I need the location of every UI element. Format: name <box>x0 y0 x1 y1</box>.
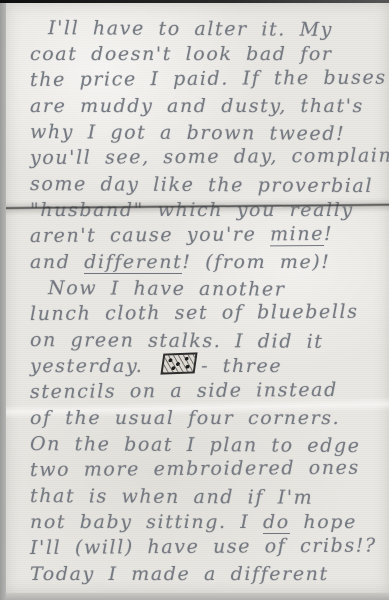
letter-line: yesterday. - three <box>30 353 385 379</box>
letter-text: are muddy and dusty, that's <box>30 95 364 117</box>
letter-text: On the boat I plan to edge <box>30 433 361 457</box>
letter-text: I'll (will) have use of cribs!? <box>30 535 377 559</box>
letter-line: the price I paid. If the buses <box>30 65 385 93</box>
letter-line: are muddy and dusty, that's <box>30 93 385 119</box>
letter-line: stencils on a side instead <box>30 377 385 405</box>
letter-line: some day like the proverbial <box>30 171 385 199</box>
letter-text: why I got a brown tweed! <box>30 121 345 145</box>
letter-text: I'll have to alter it. My <box>48 17 333 41</box>
letter-body: I'll have to alter it. Mycoat doesn't lo… <box>6 3 389 587</box>
letter-text: Today I made a different <box>30 563 329 585</box>
letter-text: and <box>30 251 84 273</box>
scanned-letter-page: I'll have to alter it. Mycoat doesn't lo… <box>0 0 389 600</box>
letter-line: that is when and if I'm <box>30 483 385 511</box>
letter-text: lunch cloth set of bluebells <box>30 301 359 325</box>
letter-text: - three <box>201 355 282 377</box>
letter-line: "husband" which you really <box>30 197 385 223</box>
letter-line: I'll have to alter it. My <box>30 15 385 43</box>
letter-text: some day like the proverbial <box>30 173 373 197</box>
letter-line: aren't cause you're mine! <box>30 221 385 249</box>
letter-text: ! (from me)! <box>182 251 330 273</box>
scan-edge-bottom <box>6 593 389 600</box>
letter-text: of the usual four corners. <box>30 407 340 429</box>
letter-line: not baby sitting. I do hope <box>30 509 385 535</box>
letter-text: two more embroidered ones <box>30 457 360 481</box>
letter-text: Now I have another <box>48 277 286 300</box>
letter-text: aren't cause you're <box>30 223 270 247</box>
letter-text: hope <box>290 511 357 533</box>
underlined-word: different <box>84 251 182 274</box>
underlined-word: do <box>263 511 290 534</box>
letter-line: lunch cloth set of bluebells <box>30 299 385 327</box>
letter-text: on green stalks. I did it <box>30 329 324 353</box>
letter-line: on green stalks. I did it <box>30 327 385 355</box>
stencil-doodle-icon <box>161 352 198 374</box>
letter-line: you'll see, some day, complain <box>30 143 385 171</box>
letter-line: coat doesn't look bad for <box>30 41 385 67</box>
letter-line: Today I made a different <box>30 561 385 587</box>
letter-text: coat doesn't look bad for <box>30 43 333 65</box>
letter-text: stencils on a side instead <box>30 379 338 403</box>
letter-text: you'll see, some day, complain <box>30 144 389 169</box>
letter-text: that is when and if I'm <box>30 485 313 509</box>
underlined-word: mine <box>270 223 324 246</box>
letter-text: not baby sitting. I <box>30 511 263 533</box>
letter-line: of the usual four corners. <box>30 405 385 431</box>
letter-text: the price I paid. If the buses <box>30 67 387 91</box>
letter-line: and different! (from me)! <box>30 249 385 275</box>
letter-text: ! <box>324 223 333 245</box>
letter-text: yesterday. <box>30 355 157 377</box>
letter-line: I'll (will) have use of cribs!? <box>30 533 385 561</box>
letter-line: two more embroidered ones <box>30 455 385 483</box>
letter-paper: I'll have to alter it. Mycoat doesn't lo… <box>6 3 389 593</box>
letter-text: "husband" which you really <box>30 199 354 221</box>
